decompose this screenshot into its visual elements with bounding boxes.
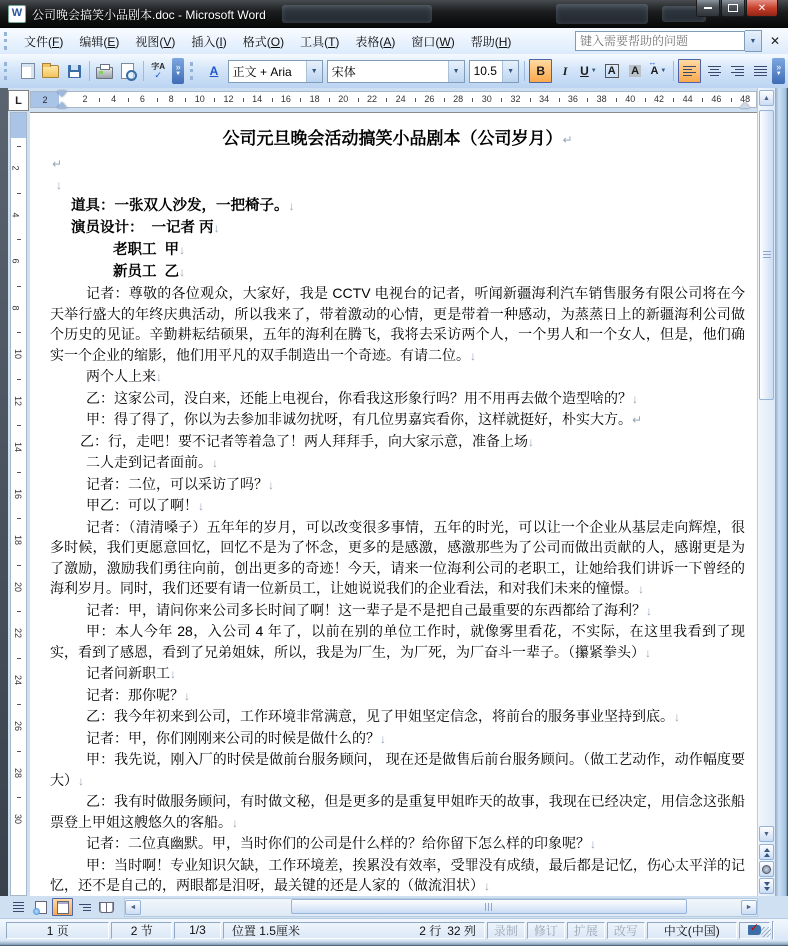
outline-view-button[interactable] bbox=[74, 898, 95, 916]
doc-line: 新员工 乙↓ bbox=[50, 261, 745, 283]
format-toolbar-drag-handle[interactable] bbox=[190, 62, 198, 80]
save-icon bbox=[68, 65, 81, 78]
menu-bar: 文件(F)编辑(E)视图(V)插入(I)格式(O)工具(T)表格(A)窗口(W)… bbox=[0, 28, 788, 55]
ruler-tick bbox=[99, 98, 100, 102]
window-title: 公司晚会搞笑小品剧本.doc - Microsoft Word bbox=[32, 6, 266, 23]
ruler-tick bbox=[501, 98, 502, 102]
ruler-number: 46 bbox=[711, 94, 721, 104]
ruler-number: 44 bbox=[683, 94, 693, 104]
ruler-number: 28 bbox=[453, 94, 463, 104]
ruler-number: 20 bbox=[13, 581, 23, 591]
ruler-tick bbox=[243, 98, 244, 102]
double-down-icon bbox=[764, 882, 770, 891]
font-size-combo[interactable]: 10.5 ▼ bbox=[469, 60, 520, 83]
doc-line: 二人走到记者面前。↓ bbox=[50, 452, 745, 474]
ruler-number: 22 bbox=[367, 94, 377, 104]
ruler-tick bbox=[673, 98, 674, 102]
thumb-grip bbox=[763, 251, 771, 259]
font-combo[interactable]: 宋体 ▼ bbox=[327, 60, 465, 83]
menu-item-window[interactable]: 窗口(W) bbox=[403, 29, 462, 54]
doc-line: 老职工 甲↓ bbox=[50, 239, 745, 261]
web-layout-icon bbox=[35, 901, 47, 914]
doc-line: 记者：甲，请问你来公司多长时间了啊！这一辈子是不是把自己最重要的东西都给了海利？… bbox=[50, 600, 745, 622]
status-mode-3[interactable]: 改写 bbox=[607, 922, 645, 939]
window-bottom-edge bbox=[0, 941, 788, 946]
open-folder-icon bbox=[42, 65, 59, 78]
outline-view-icon bbox=[79, 904, 91, 911]
status-column: 32 列 bbox=[447, 922, 476, 939]
doc-line: 记者：（清清嗓子）五年年的岁月，可以改变很多事情，五年的时光，可以让一个企业从基… bbox=[50, 517, 745, 600]
doc-line: 乙：这家公司，没白来，还能上电视台，你看我这形象行吗？用不用再去做个造型啥的？↓ bbox=[50, 388, 745, 410]
help-search-box: ▼ bbox=[575, 30, 762, 52]
ruler-tick bbox=[472, 98, 473, 102]
align-right-icon bbox=[731, 66, 744, 76]
ruler-number: 8 bbox=[11, 305, 21, 310]
previous-page-button[interactable] bbox=[759, 844, 774, 860]
ruler-number: 30 bbox=[13, 814, 23, 824]
vertical-scrollbar[interactable]: ▲ ▼ bbox=[757, 88, 775, 896]
doc-line: 甲：当时啊！专业知识欠缺，工作环境差，挨累没有效率，受罪没有成绩，最后都是记忆，… bbox=[50, 855, 745, 897]
ruler-tick bbox=[358, 98, 359, 102]
print-button[interactable] bbox=[94, 60, 115, 82]
view-buttons bbox=[8, 898, 118, 916]
ruler-number: 4 bbox=[11, 212, 21, 217]
doc-line: ↓ bbox=[50, 174, 745, 195]
ruler-number: 36 bbox=[568, 94, 578, 104]
doc-line: 乙：我有时做服务顾问，有时做文秘，但是更多的是重复甲姐昨天的故事，我现在已经决定… bbox=[50, 791, 745, 833]
ruler-tick bbox=[17, 239, 21, 240]
next-page-button[interactable] bbox=[759, 878, 774, 894]
ruler-margin-area: 2 bbox=[31, 92, 59, 107]
ruler-number: 18 bbox=[13, 535, 23, 545]
format-toolbar-options-chevron[interactable]: »▼ bbox=[772, 58, 785, 84]
menu-item-insert[interactable]: 插入(I) bbox=[183, 29, 234, 54]
ruler-tick bbox=[17, 379, 21, 380]
open-button[interactable] bbox=[40, 60, 61, 82]
menu-item-edit[interactable]: 编辑(E) bbox=[71, 29, 127, 54]
doc-line: 乙：行，走吧！要不记者等着急了！两人拜拜手，向大家示意，准备上场↓ bbox=[50, 431, 745, 453]
ruler-number: 18 bbox=[310, 94, 320, 104]
ruler-number: 40 bbox=[625, 94, 635, 104]
doc-line: 演员设计： 一记者 丙↓ bbox=[50, 217, 745, 239]
doc-line: 两个人上来↓ bbox=[50, 366, 745, 388]
font-size-dropdown-icon[interactable]: ▼ bbox=[502, 61, 518, 82]
print-layout-icon bbox=[57, 901, 69, 914]
doc-line: 记者：二位，可以采访了吗？↓ bbox=[50, 474, 745, 496]
doc-line: 甲乙：可以了啊！↓ bbox=[50, 495, 745, 517]
italic-button[interactable]: I bbox=[554, 60, 575, 82]
ruler-tick bbox=[272, 98, 273, 102]
status-line: 2 行 bbox=[419, 922, 441, 939]
menu-item-table[interactable]: 表格(A) bbox=[347, 29, 403, 54]
word-window: W 公司晚会搞笑小品剧本.doc - Microsoft Word ✕ 文件(F… bbox=[0, 0, 788, 946]
ruler-number: 12 bbox=[13, 395, 23, 405]
ruler-number: 10 bbox=[13, 349, 23, 359]
ruler-number: 38 bbox=[597, 94, 607, 104]
scroll-left-icon[interactable]: ◄ bbox=[125, 900, 141, 915]
ruler-number: 22 bbox=[13, 628, 23, 638]
ruler-number: 16 bbox=[13, 488, 23, 498]
first-line-indent-marker[interactable] bbox=[57, 91, 67, 97]
toolbar-separator bbox=[89, 61, 90, 81]
character-shading-button[interactable]: A bbox=[624, 60, 645, 82]
underline-dropdown-icon[interactable]: ▼ bbox=[591, 68, 597, 74]
ruler-number: 20 bbox=[338, 94, 348, 104]
menu-item-help[interactable]: 帮助(H) bbox=[463, 29, 520, 54]
ruler-tick bbox=[17, 797, 21, 798]
thumb-grip bbox=[485, 903, 493, 911]
ruler-number: 26 bbox=[13, 721, 23, 731]
document-page[interactable]: 公司元旦晚会活动搞笑小品剧本（公司岁月）↵↵↓道具：一张双人沙发，一把椅子。↓演… bbox=[30, 112, 757, 896]
doc-line: 公司元旦晚会活动搞笑小品剧本（公司岁月）↵ bbox=[50, 126, 745, 153]
status-modes: 录制修订扩展改写 bbox=[487, 922, 647, 939]
font-size-value: 10.5 bbox=[470, 64, 503, 78]
spelling-status-icon bbox=[748, 925, 761, 935]
close-button[interactable]: ✕ bbox=[746, 0, 778, 17]
ruler-tick bbox=[185, 98, 186, 102]
ruler-number: 30 bbox=[482, 94, 492, 104]
horizontal-scrollbar[interactable]: ◄ ► bbox=[124, 898, 758, 917]
character-scale-button[interactable]: ↔A▼ bbox=[648, 60, 669, 82]
ruler-tick bbox=[128, 98, 129, 102]
print-preview-icon bbox=[121, 63, 134, 79]
menubar-close-icon[interactable]: ✕ bbox=[770, 34, 780, 48]
toolbar-separator bbox=[524, 61, 525, 81]
styles-pane-icon: A bbox=[210, 64, 219, 78]
status-language: 中文(中国) bbox=[647, 922, 737, 939]
character-scale-icon: ↔A bbox=[650, 65, 658, 77]
doc-line: 记者：二位真幽默。甲，当时你们的公司是什么样的？给你留下怎么样的印象呢？↓ bbox=[50, 833, 745, 855]
minimize-icon bbox=[704, 7, 712, 9]
doc-line: 记者问新职工↓ bbox=[50, 663, 745, 685]
spelling-icon: 字A✓ bbox=[151, 63, 165, 79]
status-mode-1[interactable]: 修订 bbox=[527, 922, 565, 939]
align-center-button[interactable] bbox=[703, 60, 724, 82]
ruler-number: 48 bbox=[740, 94, 750, 104]
vertical-ruler-margin bbox=[11, 113, 26, 138]
ruler-number: 32 bbox=[510, 94, 520, 104]
vertical-ruler-strip: 24681012141618202224262830 bbox=[10, 112, 27, 896]
double-up-icon bbox=[764, 848, 770, 857]
background-window-ghost bbox=[556, 4, 648, 24]
ruler-tick bbox=[587, 98, 588, 102]
ruler-number: 26 bbox=[424, 94, 434, 104]
ruler-tick bbox=[702, 98, 703, 102]
ruler-tick bbox=[415, 98, 416, 102]
ruler-number: 6 bbox=[11, 258, 21, 263]
status-position: 位置 1.5厘米 bbox=[232, 922, 413, 939]
ruler-number: 8 bbox=[169, 94, 174, 104]
status-empty-box bbox=[772, 921, 774, 940]
window-left-edge bbox=[0, 88, 8, 896]
doc-line: 道具：一张双人沙发，一把椅子。↓ bbox=[50, 195, 745, 217]
menu-item-tools[interactable]: 工具(T) bbox=[292, 29, 347, 54]
maximize-icon bbox=[728, 4, 738, 12]
doc-line: 记者：甲，你们刚刚来公司的时候是做什么的？↓ bbox=[50, 728, 745, 750]
underline-button[interactable]: U▼ bbox=[578, 60, 599, 82]
ruler-tick bbox=[559, 98, 560, 102]
ruler-tick bbox=[616, 98, 617, 102]
align-left-button[interactable] bbox=[678, 59, 701, 83]
resize-grip[interactable] bbox=[761, 927, 771, 937]
word-document-icon: W bbox=[8, 5, 26, 23]
help-dropdown-icon[interactable]: ▼ bbox=[745, 30, 762, 52]
ruler-tick bbox=[444, 98, 445, 102]
print-icon bbox=[96, 67, 113, 79]
menubar-drag-handle[interactable] bbox=[4, 32, 12, 50]
tab-selector-button[interactable]: L bbox=[8, 90, 29, 111]
ruler-number: 42 bbox=[654, 94, 664, 104]
save-button[interactable] bbox=[64, 60, 85, 82]
status-mode-2[interactable]: 扩展 bbox=[567, 922, 605, 939]
doc-line: 甲：我先说，刚入厂的时侯是做前台服务顾问， 现在还是做售后前台服务顾问。（做工艺… bbox=[50, 749, 745, 791]
doc-line: ↵ bbox=[50, 153, 745, 174]
style-value: 正文 + Aria bbox=[229, 63, 306, 80]
ruler-number: 2 bbox=[82, 94, 87, 104]
status-bar: 1 页 2 节 1/3 位置 1.5厘米 2 行 32 列 录制修订扩展改写 中… bbox=[0, 918, 788, 941]
print-preview-button[interactable] bbox=[117, 60, 138, 82]
ruler-number: 24 bbox=[13, 674, 23, 684]
ruler-tick bbox=[300, 98, 301, 102]
new-document-button[interactable] bbox=[17, 60, 38, 82]
web-layout-view-button[interactable] bbox=[30, 898, 51, 916]
ruler-tick bbox=[17, 704, 21, 705]
ruler-tick bbox=[17, 425, 21, 426]
ruler-tick bbox=[157, 98, 158, 102]
vertical-scroll-thumb[interactable] bbox=[759, 110, 774, 400]
title-bar: W 公司晚会搞笑小品剧本.doc - Microsoft Word ✕ bbox=[0, 0, 788, 28]
align-right-button[interactable] bbox=[727, 60, 748, 82]
ruler-number: 24 bbox=[396, 94, 406, 104]
ruler-tick bbox=[645, 98, 646, 102]
bold-button[interactable]: B bbox=[529, 59, 552, 83]
ruler-tick bbox=[214, 98, 215, 102]
toolbar-separator bbox=[143, 61, 144, 81]
print-layout-view-button[interactable] bbox=[52, 898, 73, 916]
doc-line: 记者：那你呢？↓ bbox=[50, 685, 745, 707]
normal-view-button[interactable] bbox=[8, 898, 29, 916]
ruler-tick bbox=[17, 286, 21, 287]
window-right-edge bbox=[775, 88, 788, 896]
doc-line: 记者：尊敬的各位观众，大家好，我是 CCTV 电视台的记者，听闻新疆海利汽车销售… bbox=[50, 283, 745, 366]
document-lines: 公司元旦晚会活动搞笑小品剧本（公司岁月）↵↵↓道具：一张双人沙发，一把椅子。↓演… bbox=[30, 113, 757, 896]
ruler-tick bbox=[17, 472, 21, 473]
align-center-icon bbox=[708, 66, 721, 76]
toolbar: 字A✓ »▼ A 正文 + Aria ▼ 宋体 ▼ 10.5 ▼ B I U▼ … bbox=[0, 54, 788, 89]
ruler-tick bbox=[17, 193, 21, 194]
character-shading-icon: A bbox=[629, 65, 641, 77]
background-window-ghost bbox=[282, 5, 432, 23]
font-value: 宋体 bbox=[328, 63, 448, 80]
character-border-button[interactable]: A bbox=[601, 60, 622, 82]
ruler-number: 6 bbox=[140, 94, 145, 104]
minimize-button[interactable] bbox=[696, 0, 720, 17]
ruler-number: 16 bbox=[281, 94, 291, 104]
toolbar-separator bbox=[673, 61, 674, 81]
doc-line: 甲：得了得了，你以为去参加非诚勿扰呀，有几位男嘉宾看你，这样就挺好，朴实大方。↵ bbox=[50, 409, 745, 431]
ruler-tick bbox=[17, 611, 21, 612]
hanging-indent-marker[interactable] bbox=[57, 102, 67, 108]
ruler-tick bbox=[731, 98, 732, 102]
style-combo[interactable]: 正文 + Aria ▼ bbox=[228, 60, 323, 83]
ruler-tick bbox=[530, 98, 531, 102]
ruler-row: L 2 246810121416182022242628303234363840… bbox=[0, 88, 788, 112]
status-page-of: 1/3 bbox=[174, 922, 221, 939]
status-position-box: 位置 1.5厘米 2 行 32 列 bbox=[223, 922, 485, 939]
ruler-tick bbox=[329, 98, 330, 102]
help-search-input[interactable] bbox=[575, 31, 745, 51]
distribute-text-icon bbox=[754, 66, 767, 76]
ruler-tick bbox=[17, 565, 21, 566]
horizontal-scroll-track[interactable] bbox=[141, 899, 741, 916]
horizontal-ruler[interactable]: 2 24681012141618202224262830323436384042… bbox=[30, 91, 757, 108]
bold-icon: B bbox=[536, 64, 545, 78]
browse-object-icon bbox=[762, 865, 771, 874]
menu-item-format[interactable]: 格式(O) bbox=[235, 29, 292, 54]
scroll-down-icon[interactable]: ▼ bbox=[759, 826, 774, 842]
ruler-number: 34 bbox=[539, 94, 549, 104]
status-mode-0[interactable]: 录制 bbox=[487, 922, 525, 939]
normal-view-icon bbox=[13, 902, 24, 912]
menu-items: 文件(F)编辑(E)视图(V)插入(I)格式(O)工具(T)表格(A)窗口(W)… bbox=[16, 29, 519, 54]
ruler-number: 14 bbox=[13, 442, 23, 452]
ruler-number: 12 bbox=[223, 94, 233, 104]
underline-icon: U bbox=[580, 64, 589, 78]
status-page: 1 页 bbox=[6, 922, 109, 939]
horizontal-scroll-thumb[interactable] bbox=[291, 899, 687, 914]
toolbar-drag-handle[interactable] bbox=[4, 62, 12, 80]
font-dropdown-icon[interactable]: ▼ bbox=[448, 61, 464, 82]
toolbar-options-chevron[interactable]: »▼ bbox=[172, 58, 185, 84]
reading-layout-icon bbox=[99, 902, 114, 913]
ruler-number: 2 bbox=[11, 165, 21, 170]
reading-layout-view-button[interactable] bbox=[96, 898, 117, 916]
ruler-number: 10 bbox=[195, 94, 205, 104]
scroll-up-icon[interactable]: ▲ bbox=[759, 90, 774, 106]
style-dropdown-icon[interactable]: ▼ bbox=[306, 61, 322, 82]
ruler-tick bbox=[17, 332, 21, 333]
ruler-number: 4 bbox=[111, 94, 116, 104]
italic-icon: I bbox=[563, 64, 568, 79]
ruler-tick bbox=[17, 658, 21, 659]
distribute-text-button[interactable] bbox=[750, 60, 771, 82]
align-left-icon bbox=[683, 66, 696, 76]
scroll-right-icon[interactable]: ► bbox=[741, 900, 757, 915]
character-scale-dropdown-icon[interactable]: ▼ bbox=[660, 68, 666, 74]
styles-and-formatting-button[interactable]: A bbox=[203, 60, 224, 82]
bottom-scroll-row: ◄ ► bbox=[0, 896, 788, 918]
ruler-tick bbox=[386, 98, 387, 102]
menu-item-view[interactable]: 视图(V) bbox=[127, 29, 183, 54]
menu-item-file[interactable]: 文件(F) bbox=[16, 29, 71, 54]
close-icon: ✕ bbox=[758, 3, 766, 14]
maximize-button[interactable] bbox=[721, 0, 745, 17]
vertical-ruler[interactable]: 24681012141618202224262830 bbox=[8, 112, 30, 896]
character-border-icon: A bbox=[605, 64, 619, 78]
doc-line: 甲：本人今年 28，入公司 4 年了，以前在别的单位工作时，就像雾里看花，不实际… bbox=[50, 621, 745, 663]
ruler-number: 28 bbox=[13, 767, 23, 777]
select-browse-object-button[interactable] bbox=[759, 861, 774, 877]
new-document-icon bbox=[21, 63, 35, 79]
doc-line: 乙：我今年初来到公司，工作环境非常满意，见了甲姐坚定信念，将前台的服务事业坚持到… bbox=[50, 706, 745, 728]
ruler-tick bbox=[17, 146, 21, 147]
ruler-tick bbox=[17, 518, 21, 519]
ruler-tick bbox=[17, 751, 21, 752]
spelling-button[interactable]: 字A✓ bbox=[148, 60, 169, 82]
ruler-number: 14 bbox=[252, 94, 262, 104]
status-section: 2 节 bbox=[111, 922, 172, 939]
